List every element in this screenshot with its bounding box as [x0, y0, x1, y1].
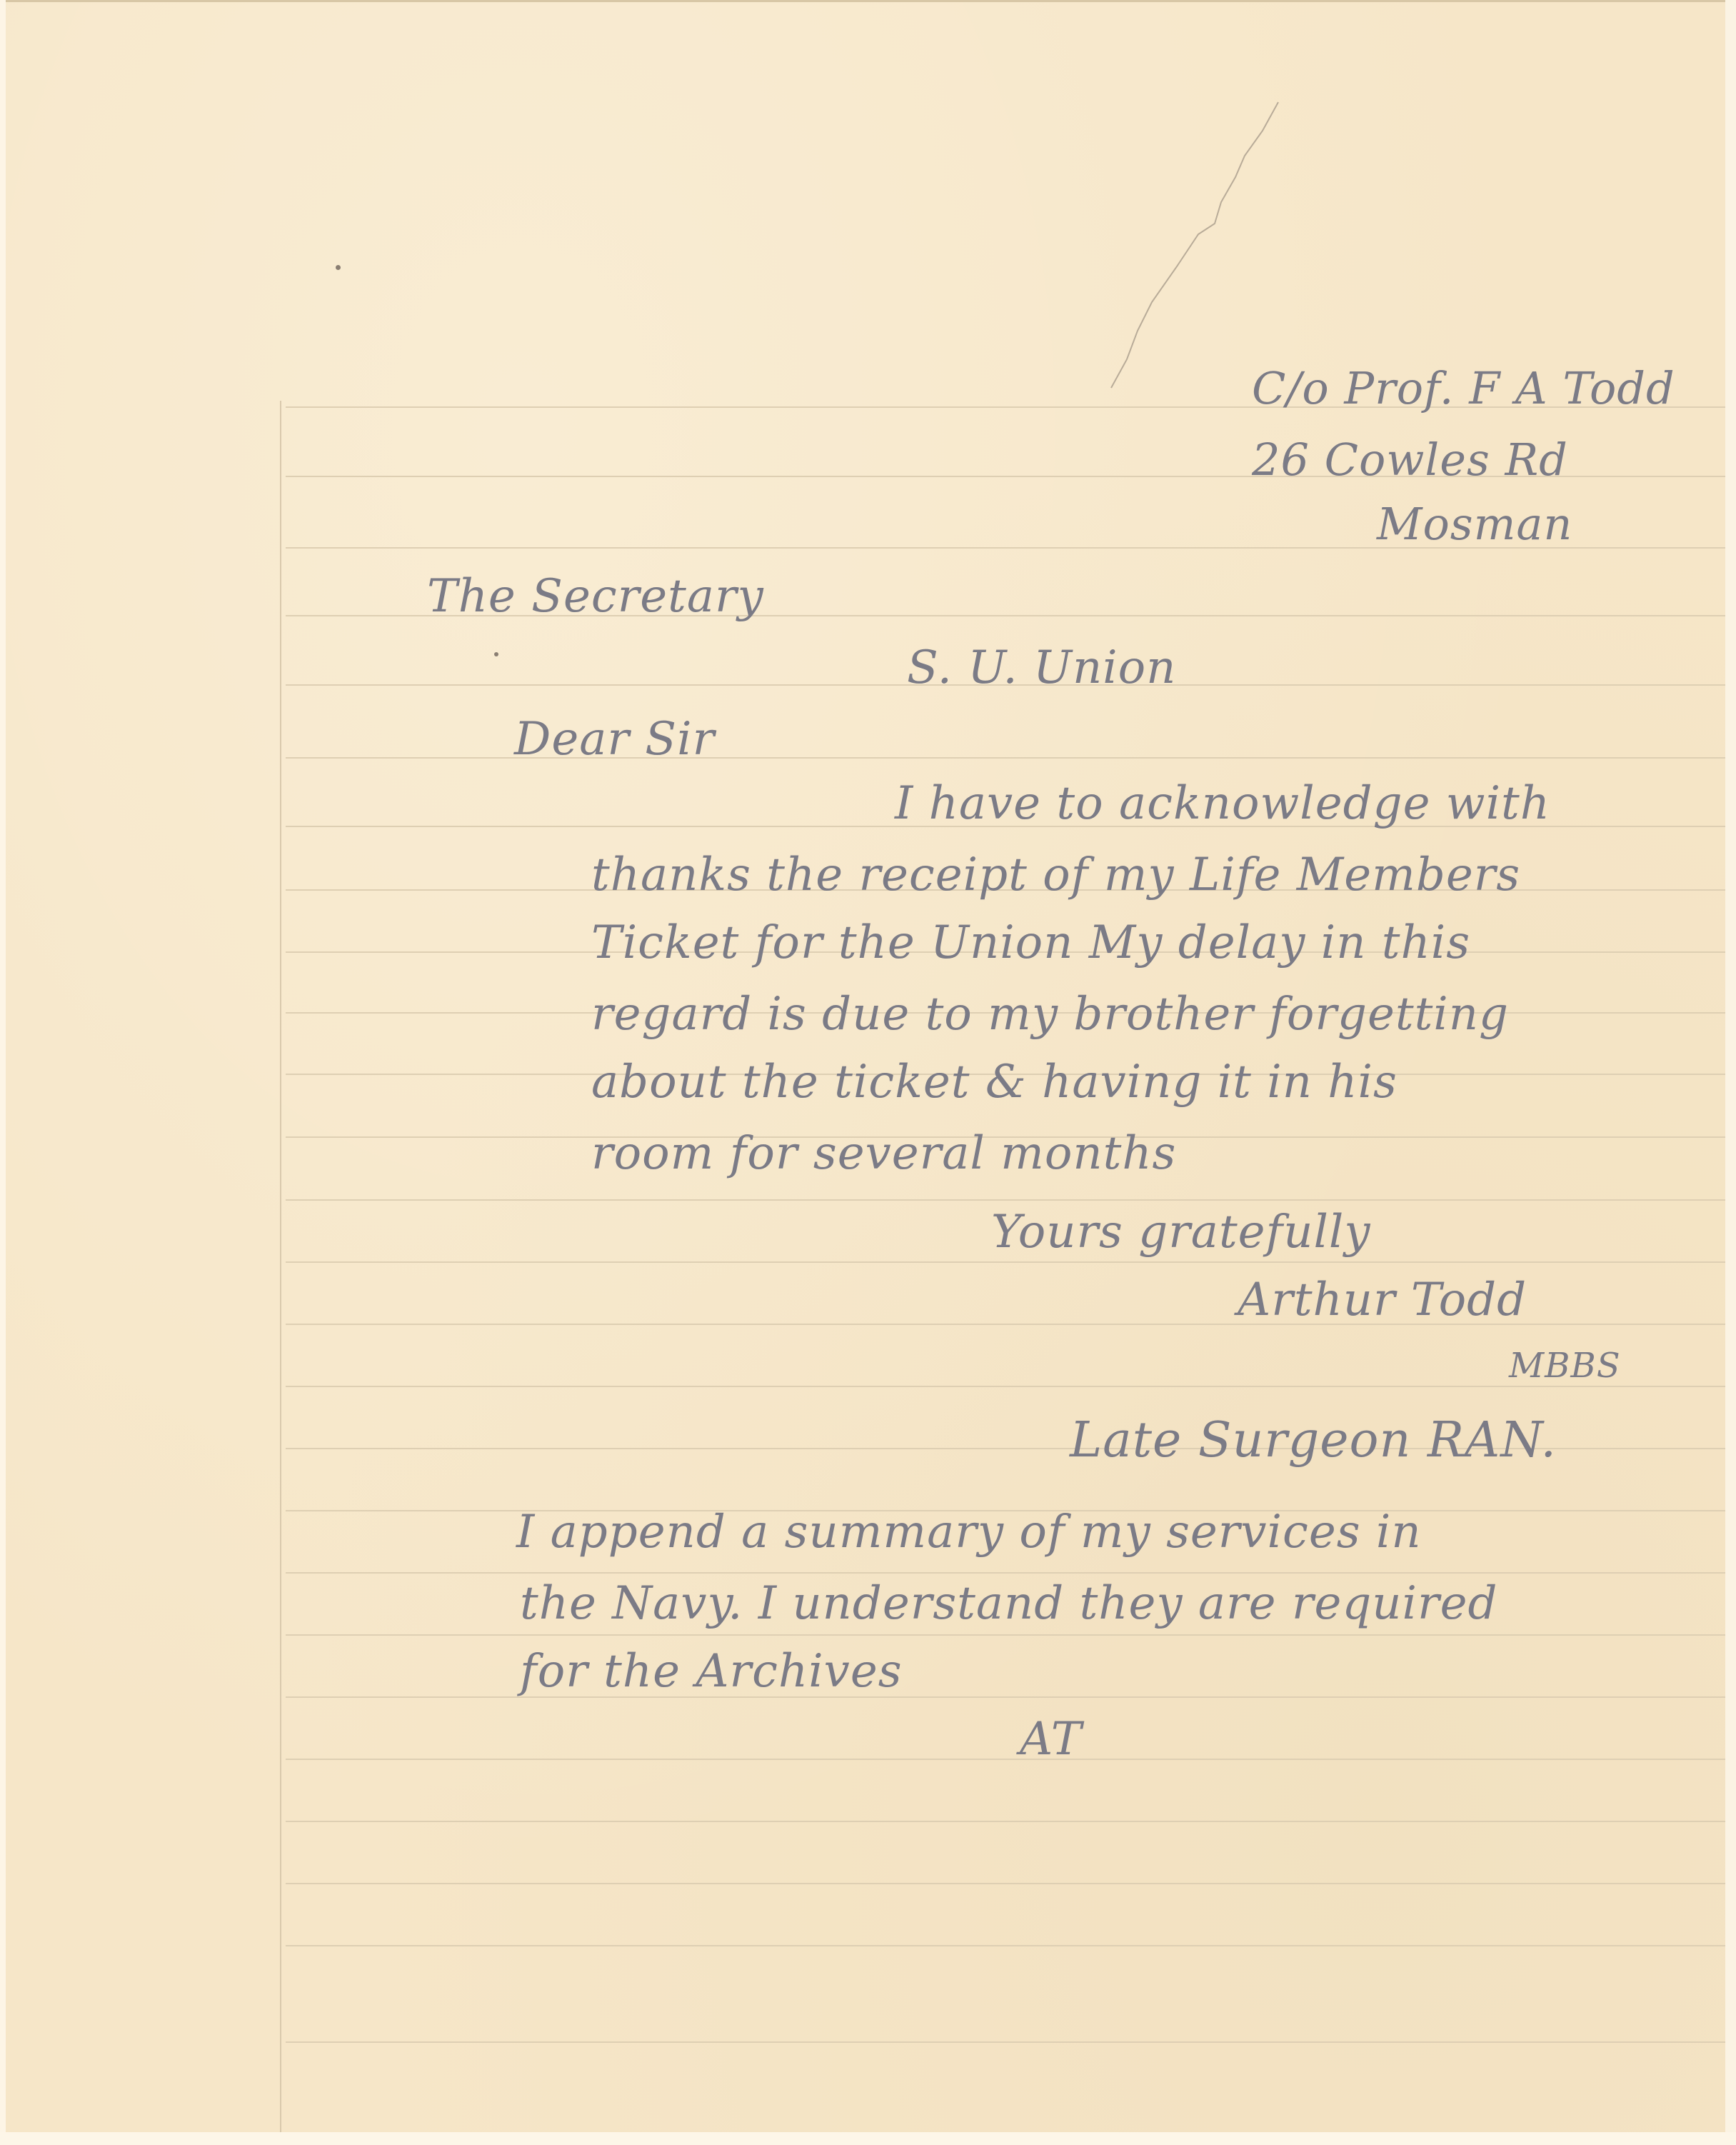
scan-border-right — [1725, 0, 1736, 2145]
salutation: Dear Sir — [514, 716, 715, 762]
initials: AT — [1020, 1716, 1082, 1762]
body-line: about the ticket & having it in his — [591, 1059, 1398, 1105]
letter-page: C/o Prof. F A Todd 26 Cowles Rd Mosman T… — [6, 0, 1725, 2132]
address-line: C/o Prof. F A Todd — [1252, 366, 1675, 411]
address-line: Mosman — [1377, 502, 1572, 546]
rank-title: Late Surgeon RAN. — [1070, 1416, 1557, 1465]
body-line: Ticket for the Union My delay in this — [591, 920, 1470, 966]
recipient-line: S. U. Union — [907, 645, 1176, 691]
postscript-line: for the Archives — [520, 1649, 903, 1694]
body-line: regard is due to my brother forgetting — [591, 991, 1509, 1037]
body-line: room for several months — [591, 1131, 1176, 1176]
margin-line — [280, 401, 281, 2134]
paper-spot — [494, 652, 498, 656]
recipient-line: The Secretary — [427, 574, 764, 619]
closing: Yours gratefully — [991, 1209, 1371, 1255]
postscript-line: I append a summary of my services in — [516, 1509, 1422, 1555]
paper-spot — [336, 265, 341, 270]
body-line: thanks the receipt of my Life Members — [591, 852, 1520, 898]
postscript-line: the Navy. I understand they are required — [520, 1581, 1497, 1626]
body-line: I have to acknowledge with — [895, 781, 1550, 826]
address-line: 26 Cowles Rd — [1252, 438, 1568, 482]
scan-border-bottom — [0, 2132, 1736, 2145]
degree: MBBS — [1509, 1349, 1621, 1383]
scan-border-left — [0, 0, 6, 2145]
fold-crease — [6, 2, 1725, 502]
signature: Arthur Todd — [1238, 1277, 1527, 1323]
